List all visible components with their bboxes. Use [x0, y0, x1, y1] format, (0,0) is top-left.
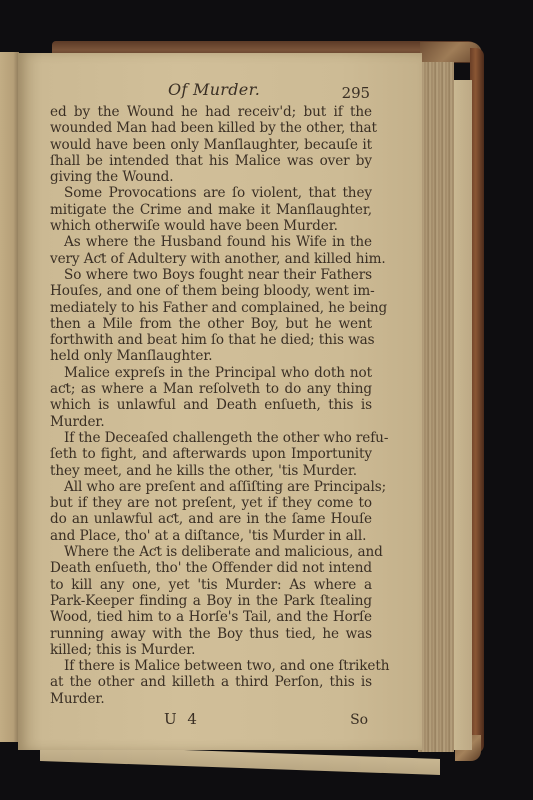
paragraph: So where two Boys fought near their Fath…	[50, 267, 372, 365]
catchword: So	[350, 712, 368, 728]
body-text: ed by the Wound he had receiv'd; but if …	[50, 104, 372, 707]
paragraph: Malice expreſs in the Principal who doth…	[50, 365, 372, 430]
text-line: giving the Wound.	[50, 169, 372, 185]
text-line: which otherwiſe would have been Murder.	[50, 218, 372, 234]
paragraph: As where the Husband found his Wife in t…	[50, 234, 372, 267]
text-line: Wood, tied him to a Horſe's Tail, and th…	[50, 609, 372, 625]
book-cover-right-edge	[470, 48, 484, 753]
text-line: All who are preſent and aſſiſting are Pr…	[50, 479, 372, 495]
paragraph: If there is Malice between two, and one …	[50, 658, 372, 707]
paragraph: If the Deceaſed challengeth the other wh…	[50, 430, 372, 479]
text-line: they meet, and he kills the other, 'tis …	[50, 463, 372, 479]
text-line: Malice expreſs in the Principal who doth…	[50, 365, 372, 381]
text-line: Murder.	[50, 414, 372, 430]
text-line: then a Mile from the other Boy, but he w…	[50, 316, 372, 332]
text-line: Where the Aƈt is deliberate and maliciou…	[50, 544, 372, 560]
text-line: So where two Boys fought near their Fath…	[50, 267, 372, 283]
text-line: to kill any one, yet 'tis Murder: As whe…	[50, 577, 372, 593]
text-line: Park-Keeper finding a Boy in the Park ſt…	[50, 593, 372, 609]
page-stack-fore-edge	[418, 62, 454, 752]
text-line: aƈt; as where a Man reſolveth to do any …	[50, 381, 372, 397]
text-line: very Aƈt of Adultery with another, and k…	[50, 251, 372, 267]
text-line: do an unlawful aƈt, and are in the ſame …	[50, 511, 372, 527]
text-line: which is unlawful and Death enſueth, thi…	[50, 397, 372, 413]
text-line: held only Manſlaughter.	[50, 348, 372, 364]
text-line: Some Provocations are ſo violent, that t…	[50, 185, 372, 201]
page-stack-inner-edge	[454, 80, 472, 750]
text-line: If there is Malice between two, and one …	[50, 658, 372, 674]
page-footer: U 4 So	[50, 711, 372, 733]
text-line: at the other and killeth a third Perſon,…	[50, 674, 372, 690]
text-line: ſhall be intended that his Malice was ov…	[50, 153, 372, 169]
facing-page-gutter	[0, 52, 19, 742]
text-line: wounded Man had been killed by the other…	[50, 120, 372, 136]
text-line: Houſes, and one of them being bloody, we…	[50, 283, 372, 299]
book-photo: Of Murder. 295 ed by the Wound he had re…	[0, 0, 533, 800]
text-line: If the Deceaſed challengeth the other wh…	[50, 430, 372, 446]
paragraph: Some Provocations are ſo violent, that t…	[50, 185, 372, 234]
paragraph: Where the Aƈt is deliberate and maliciou…	[50, 544, 372, 658]
text-line: would have been only Manſlaughter, becau…	[50, 137, 372, 153]
running-title: Of Murder.	[168, 82, 260, 98]
text-line: As where the Husband found his Wife in t…	[50, 234, 372, 250]
paragraph: All who are preſent and aſſiſting are Pr…	[50, 479, 372, 544]
text-line: ed by the Wound he had receiv'd; but if …	[50, 104, 372, 120]
running-head: Of Murder. 295	[50, 82, 372, 104]
text-line: running away with the Boy thus tied, he …	[50, 626, 372, 642]
text-line: mitigate the Crime and make it Manſlaugh…	[50, 202, 372, 218]
text-line: Murder.	[50, 691, 372, 707]
page-text-block: Of Murder. 295 ed by the Wound he had re…	[50, 82, 372, 733]
paragraph: ed by the Wound he had receiv'd; but if …	[50, 104, 372, 185]
page-number: 295	[342, 85, 370, 101]
text-line: forthwith and beat him ſo that he died; …	[50, 332, 372, 348]
text-line: but if they are not preſent, yet if they…	[50, 495, 372, 511]
text-line: Death enſueth, tho' the Offender did not…	[50, 560, 372, 576]
text-line: ſeth to fight, and afterwards upon Impor…	[50, 446, 372, 462]
text-line: and Place, tho' at a diſtance, 'tis Murd…	[50, 528, 372, 544]
signature-mark: U 4	[164, 711, 200, 727]
text-line: mediately to his Father and complained, …	[50, 300, 372, 316]
text-line: killed; this is Murder.	[50, 642, 372, 658]
